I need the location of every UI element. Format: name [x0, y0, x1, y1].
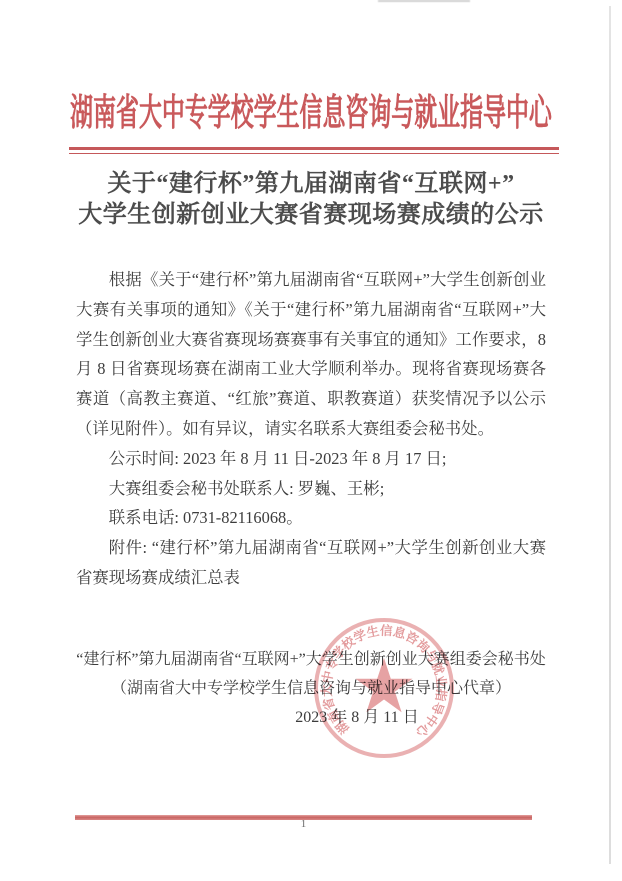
letterhead-org-name: 湖南省大中专学校学生信息咨询与就业指导中心: [70, 88, 552, 140]
document-title-line2: 大学生创新创业大赛省赛现场赛成绩的公示: [0, 200, 622, 231]
body-paragraph-main: 根据《关于“建行杯”第九届湖南省“互联网+”大学生创新创业大赛有关事项的通知》《…: [76, 265, 546, 444]
body-contacts: 大赛组委会秘书处联系人: 罗巍、王彬;: [76, 474, 546, 504]
official-seal: 湖南省大中专学校学生信息咨询与就业指导中心: [299, 603, 469, 773]
letterhead-double-rule: [69, 147, 559, 154]
document-body: 根据《关于“建行杯”第九届湖南省“互联网+”大学生创新创业大赛有关事项的通知》《…: [76, 265, 546, 593]
body-phone: 联系电话: 0731-82116068。: [76, 503, 546, 533]
scan-artifact-top: [378, 0, 470, 2]
document-title-line1: 关于“建行杯”第九届湖南省“互联网+”: [0, 169, 622, 200]
page-number: 1: [75, 818, 532, 830]
body-publicity-period: 公示时间: 2023 年 8 月 11 日-2023 年 8 月 17 日;: [76, 444, 546, 474]
document-title: 关于“建行杯”第九届湖南省“互联网+” 大学生创新创业大赛省赛现场赛成绩的公示: [0, 169, 622, 231]
document-page: 湖南省大中专学校学生信息咨询与就业指导中心 关于“建行杯”第九届湖南省“互联网+…: [0, 0, 622, 881]
seal-star-icon: [356, 658, 413, 712]
body-attachment: 附件: “建行杯”第九届湖南省“互联网+”大学生创新创业大赛省赛现场赛成绩汇总表: [76, 533, 546, 593]
letterhead: 湖南省大中专学校学生信息咨询与就业指导中心: [311, 88, 622, 142]
